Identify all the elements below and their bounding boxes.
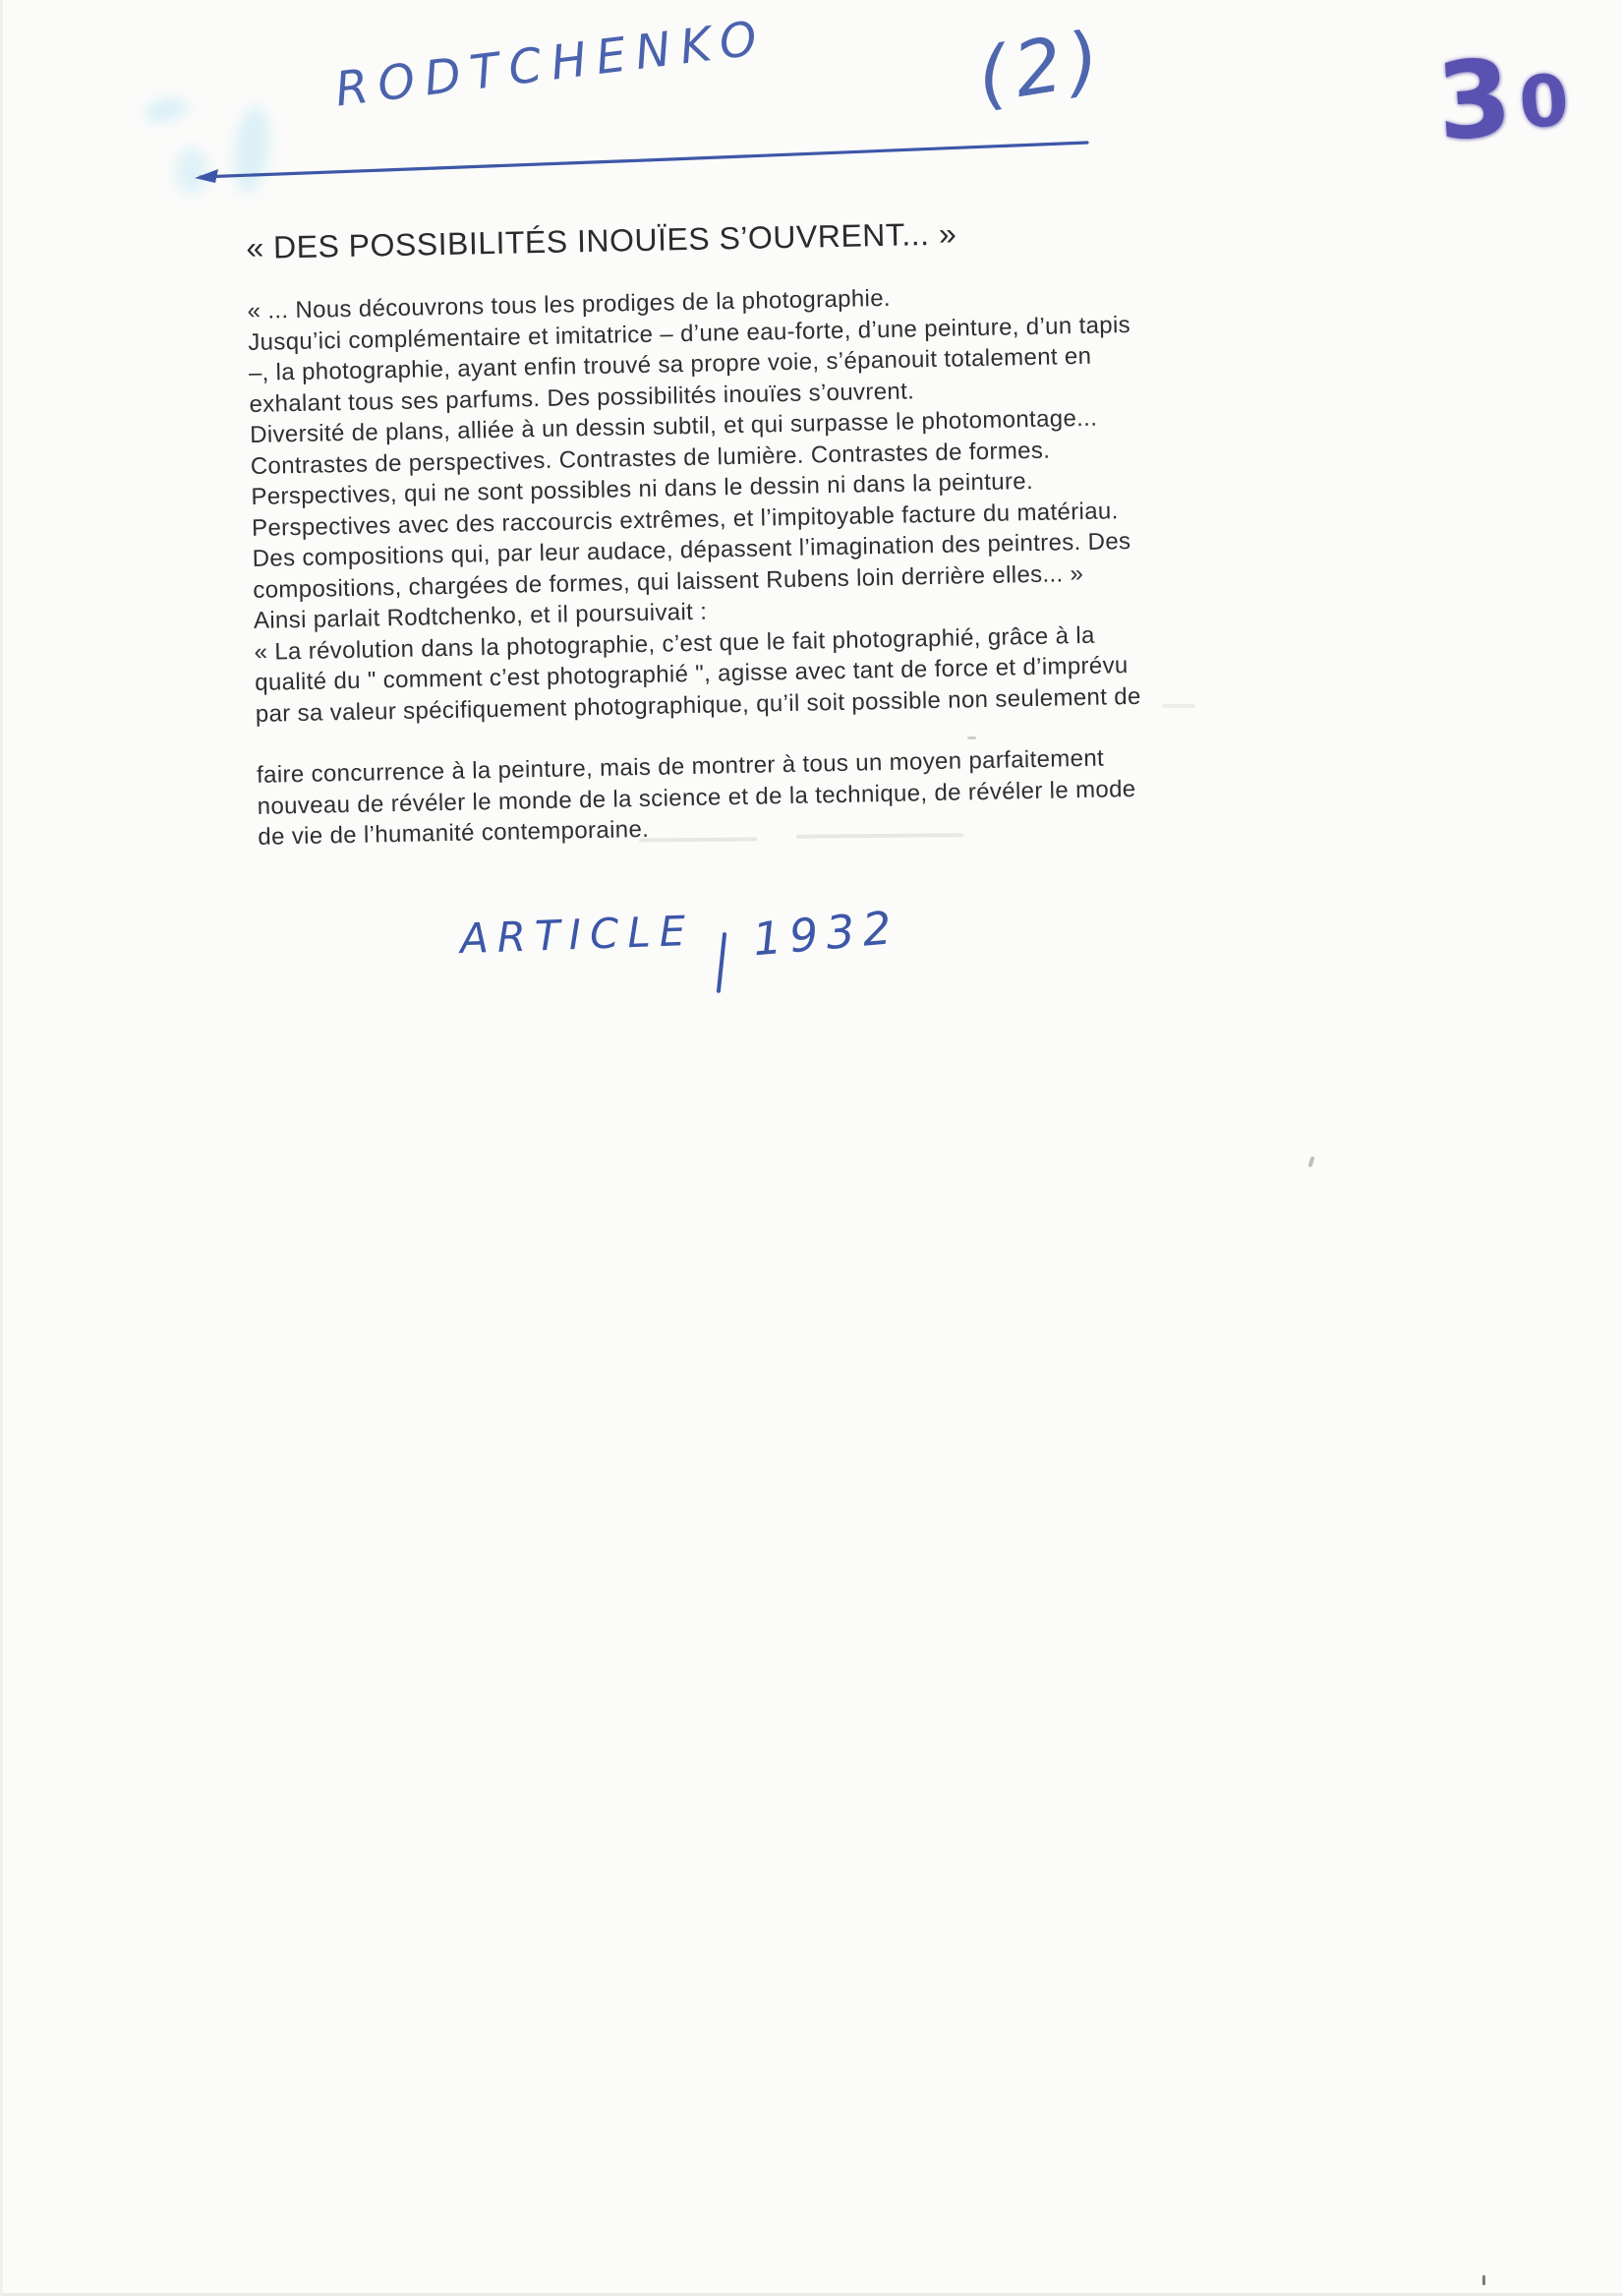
handwritten-page-reference: (2) [971, 13, 1113, 119]
footer-label: ARTICLE [459, 907, 695, 963]
footer-year: 1932 [751, 901, 901, 967]
paragraph-1: « ... Nous découvrons tous les prodiges … [247, 273, 1376, 730]
scan-speck [967, 736, 976, 739]
document-title: « DES POSSIBILITÉS INOUÏES S’OUVRENT... … [246, 207, 1367, 266]
page-number-digit: 3 [1433, 37, 1516, 165]
ink-smudge [142, 95, 190, 124]
scanned-document-page: RODTCHENKO (2) 30 « DES POSSIBILITÉS INO… [0, 0, 1623, 2296]
handwritten-footer-annotation: ARTICLE 1932 [460, 911, 899, 993]
handwritten-page-number: 30 [1433, 33, 1573, 165]
typed-text-block: « DES POSSIBILITÉS INOUÏES S’OUVRENT... … [246, 207, 1378, 853]
footer-separator-stroke [717, 932, 726, 993]
handwritten-author-name: RODTCHENKO [332, 10, 770, 117]
scan-speck [1482, 2275, 1485, 2285]
page-number-digit: 0 [1517, 58, 1572, 144]
scan-speck [1307, 1156, 1314, 1168]
underline-arrow [185, 126, 1109, 189]
faint-pencil-mark [1162, 704, 1195, 708]
